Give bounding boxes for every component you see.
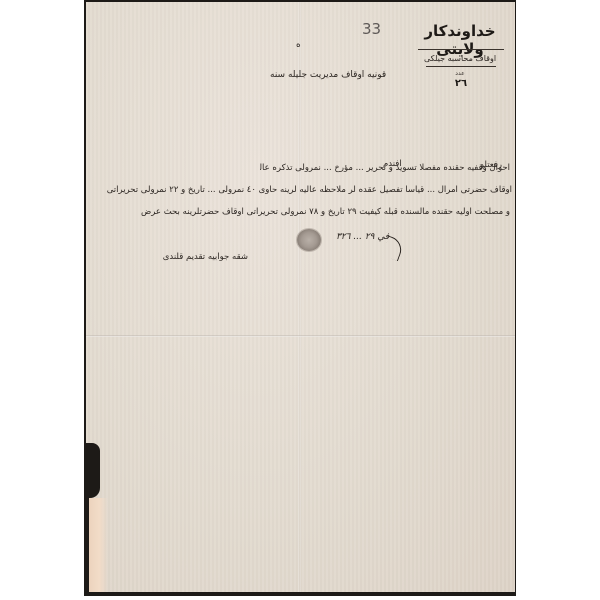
horizontal-fold-line xyxy=(86,335,515,337)
letterhead-rule xyxy=(426,66,496,67)
official-seal xyxy=(297,229,321,251)
recipient-line: قونيه اوقاف مديريت جليله سنه xyxy=(270,70,386,80)
page-number-annotation: 33 xyxy=(362,20,381,38)
closing-line: شقه جوابيه تقديم قلندى xyxy=(88,252,248,262)
letterhead-number: ٢٦ xyxy=(448,78,474,89)
torn-edge-shadow xyxy=(86,498,108,592)
vertical-fold-line xyxy=(298,2,301,592)
letterhead-number-label: عدد xyxy=(445,70,475,77)
letterhead-title: خداوندكار ولايتی xyxy=(410,22,510,58)
small-mark: ه xyxy=(296,40,301,50)
torn-edge xyxy=(86,443,100,498)
letterhead-subtitle: اوقاف محاسبه جيلكی xyxy=(423,54,497,63)
letterhead-rule xyxy=(418,49,504,50)
signature: في ٢٩ ... ٣٢٦ xyxy=(336,232,389,242)
body-line-3: و مصلحت اوليه حقنده مالسنده قبله كيفيت ٢… xyxy=(90,207,510,217)
body-line-1: احوال وقفيه حقنده مفصلا تسويد و تحرير ..… xyxy=(260,163,510,173)
body-line-2: اوقاف حضرتى امرال ... قياسا تفصيل عقده ل… xyxy=(92,185,512,195)
